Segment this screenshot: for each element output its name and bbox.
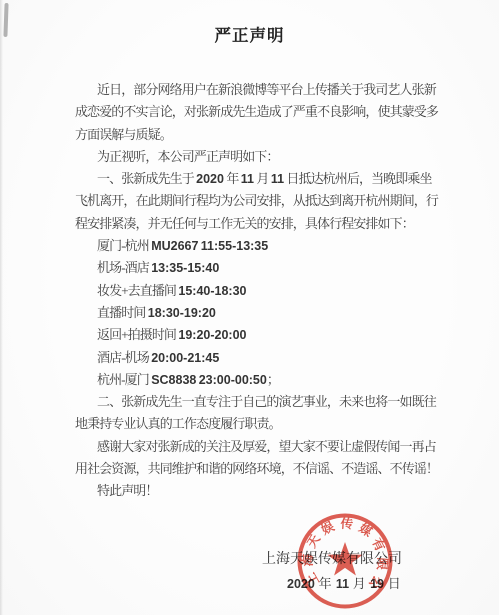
- statement-line: 二、张新成先生一直专注于自己的演艺事业，未来也将一如既往: [75, 391, 441, 413]
- statement-body: 近日，部分网络用户在新浪微博等平台上传播关于我司艺人张新成恋爱的不实言论，对张新…: [75, 79, 441, 503]
- statement-line: 为正视听，本公司严正声明如下：: [75, 146, 441, 168]
- schedule-line: 厦门-杭州 MU2667 11:55-13:35: [75, 235, 441, 257]
- statement-line: 成恋爱的不实言论，对张新成先生造成了严重不良影响，使其蒙受多: [75, 101, 441, 123]
- statement-line: 用社会资源，共同维护和谐的网络环境，不信谣、不造谣、不传谣！: [75, 458, 441, 480]
- schedule-line: 妆发+去直播间 15:40-18:30: [75, 280, 441, 302]
- statement-line: 地秉持专业认真的工作态度履行职责。: [75, 413, 441, 435]
- statement-line: 感谢大家对张新成的关注及厚爱，望大家不要让虚假传闻一再占: [75, 436, 441, 458]
- signature-date: 2020 年 11 月 19 日: [287, 573, 401, 592]
- schedule-line: 返回+拍摄时间 19:20-20:00: [75, 324, 441, 346]
- schedule-line: 酒店-机场 20:00-21:45: [75, 347, 441, 369]
- statement-line: 近日，部分网络用户在新浪微博等平台上传播关于我司艺人张新: [75, 79, 441, 101]
- statement-page: 严正声明 近日，部分网络用户在新浪微博等平台上传播关于我司艺人张新成恋爱的不实言…: [0, 0, 499, 615]
- statement-line: 飞机离开，在此期间行程均为公司安排，从抵达到离开杭州期间，行: [75, 190, 441, 212]
- statement-line: 特此声明！: [75, 480, 441, 502]
- schedule-line: 杭州-厦门 SC8838 23:00-00:50；: [75, 369, 441, 391]
- statement-line: 程安排紧凑，并无任何与工作无关的安排，具体行程安排如下：: [75, 213, 441, 235]
- statement-line: 方面误解与质疑。: [75, 124, 441, 146]
- statement-title: 严正声明: [0, 22, 499, 46]
- signature-company: 上海天娱传媒有限公司: [262, 548, 402, 568]
- statement-line: 一、张新成先生于 2020 年 11 月 11 日抵达杭州后，当晚即乘坐: [75, 168, 441, 190]
- schedule-line: 直播时间 18:30-19:20: [75, 302, 441, 324]
- scan-edge-artifact: [0, 0, 3, 615]
- schedule-line: 机场-酒店 13:35-15:40: [75, 257, 441, 279]
